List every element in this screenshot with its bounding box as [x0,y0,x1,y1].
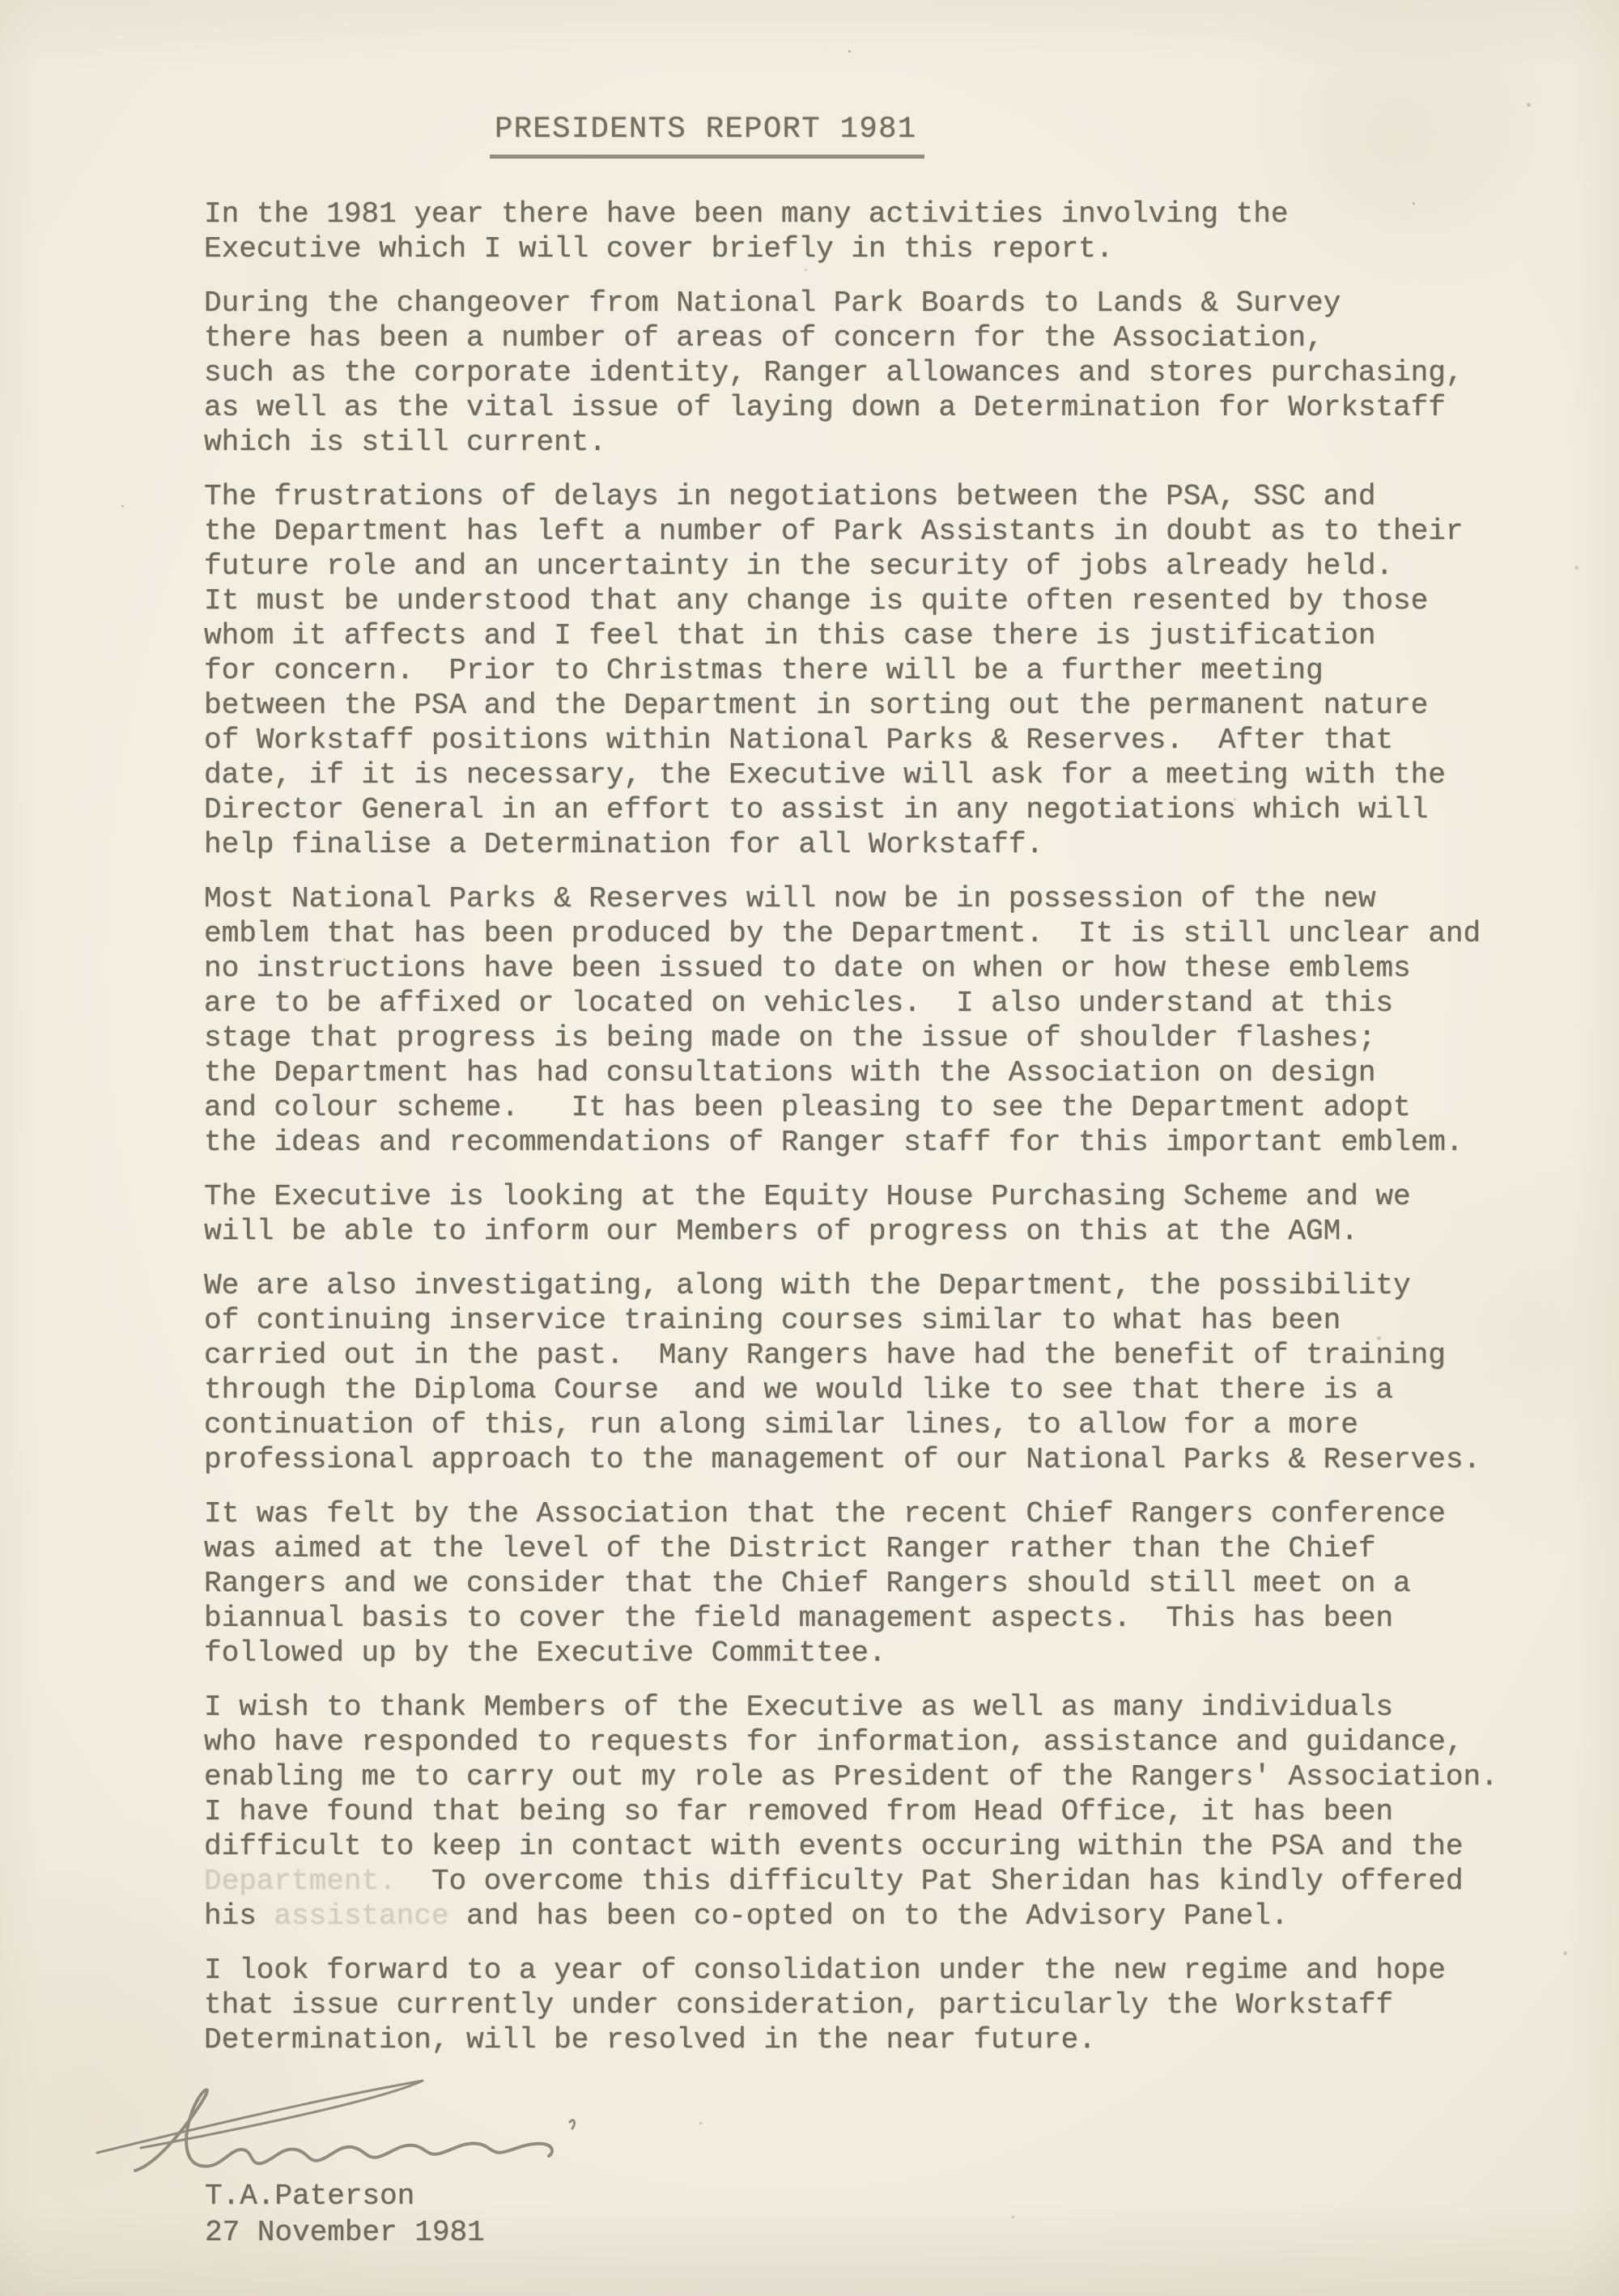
report-title: PRESIDENTS REPORT 1981 [490,112,924,159]
text-line: In the 1981 year there have been many ac… [204,197,1548,231]
text-line: I look forward to a year of consolidatio… [204,1953,1548,1988]
text-line: the Department has had consultations wit… [204,1055,1548,1090]
text-line: are to be affixed or located on vehicles… [204,986,1548,1021]
signer-name: T.A.Paterson [205,2179,414,2213]
text-line: I wish to thank Members of the Executive… [204,1690,1548,1725]
text-line: the Department has left a number of Park… [204,514,1548,549]
text-segment: and has been co-opted on to the Advisory… [448,1899,1288,1933]
paragraph: We are also investigating, along with th… [204,1268,1548,1477]
paragraph: Most National Parks & Reserves will now … [204,881,1548,1160]
text-line: future role and an uncertainty in the se… [204,549,1548,584]
text-line: whom it affects and I feel that in this … [204,618,1548,653]
paragraph: I wish to thank Members of the Executive… [204,1690,1548,1933]
text-line: that issue currently under consideration… [204,1988,1548,2022]
text-line: of continuing inservice training courses… [204,1303,1548,1338]
text-line: which is still current. [204,425,1548,460]
text-line: continuation of this, run along similar … [204,1407,1548,1442]
text-line: The frustrations of delays in negotiatio… [204,479,1548,514]
paragraph: During the changeover from National Park… [204,286,1548,460]
text-line: It must be understood that any change is… [204,584,1548,618]
text-line: stage that progress is being made on the… [204,1021,1548,1055]
text-line: his assistance and has been co-opted on … [204,1899,1548,1933]
text-line: emblem that has been produced by the Dep… [204,916,1548,951]
paragraph: In the 1981 year there have been many ac… [204,197,1548,266]
text-line: During the changeover from National Park… [204,286,1548,320]
text-line: of Workstaff positions within National P… [204,723,1548,758]
paragraph: It was felt by the Association that the … [204,1496,1548,1670]
text-line: Rangers and we consider that the Chief R… [204,1566,1548,1601]
text-line: difficult to keep in contact with events… [204,1829,1548,1864]
scanned-document-page: PRESIDENTS REPORT 1981 In the 1981 year … [0,0,1619,2296]
text-line: between the PSA and the Department in so… [204,688,1548,723]
faded-text-segment: assistance [274,1899,448,1933]
text-line: Determination, will be resolved in the n… [204,2022,1548,2057]
text-line: Most National Parks & Reserves will now … [204,881,1548,916]
paragraph: The Executive is looking at the Equity H… [204,1179,1548,1249]
text-line: biannual basis to cover the field manage… [204,1601,1548,1636]
faded-text-segment: Department. [204,1865,397,1898]
text-line: for concern. Prior to Christmas there wi… [204,653,1548,688]
text-line: Director General in an effort to assist … [204,792,1548,827]
paragraph: The frustrations of delays in negotiatio… [204,479,1548,862]
text-line: The Executive is looking at the Equity H… [204,1179,1548,1214]
text-line: there has been a number of areas of conc… [204,320,1548,355]
text-line: no instructions have been issued to date… [204,951,1548,986]
handwritten-signature [91,2072,609,2189]
paragraph: I look forward to a year of consolidatio… [204,1953,1548,2057]
text-line: We are also investigating, along with th… [204,1268,1548,1303]
text-line: such as the corporate identity, Ranger a… [204,355,1548,390]
text-line: as well as the vital issue of laying dow… [204,390,1548,425]
text-line: was aimed at the level of the District R… [204,1531,1548,1566]
text-line: enabling me to carry out my role as Pres… [204,1759,1548,1794]
text-segment: his [204,1899,274,1933]
text-line: It was felt by the Association that the … [204,1496,1548,1531]
text-line: I have found that being so far removed f… [204,1794,1548,1829]
text-line: who have responded to requests for infor… [204,1725,1548,1759]
text-segment: To overcome this difficulty Pat Sheridan… [397,1865,1464,1898]
text-line: and colour scheme. It has been pleasing … [204,1090,1548,1125]
text-line: date, if it is necessary, the Executive … [204,758,1548,792]
text-line: will be able to inform our Members of pr… [204,1214,1548,1249]
text-line: through the Diploma Course and we would … [204,1373,1548,1407]
text-line: followed up by the Executive Committee. [204,1636,1548,1670]
text-line: the ideas and recommendations of Ranger … [204,1125,1548,1160]
text-line: help finalise a Determination for all Wo… [204,827,1548,862]
text-line: professional approach to the management … [204,1442,1548,1477]
text-line: Executive which I will cover briefly in … [204,231,1548,266]
text-line: Department. To overcome this difficulty … [204,1864,1548,1899]
report-date: 27 November 1981 [205,2215,485,2250]
text-line: carried out in the past. Many Rangers ha… [204,1338,1548,1373]
report-body: In the 1981 year there have been many ac… [204,197,1548,2077]
paper-speckles [0,0,2,2]
